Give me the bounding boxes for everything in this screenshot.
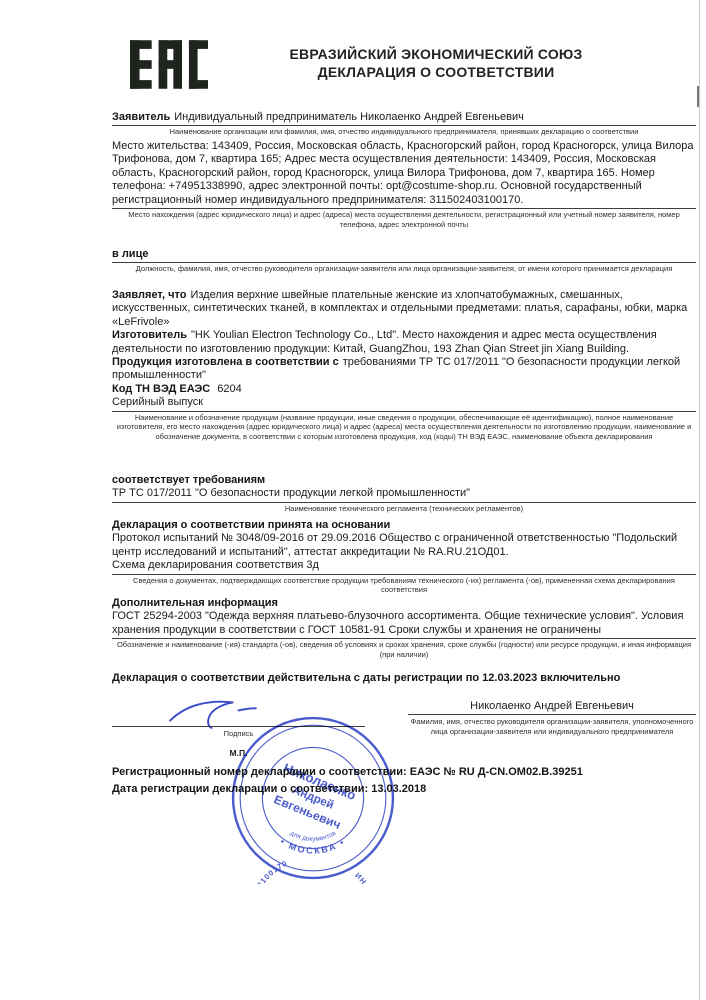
section-complies: соответствует требованиям ТР ТС 017/2011… xyxy=(112,474,696,514)
divider xyxy=(112,638,696,639)
signatory-block: Николаенко Андрей Евгеньевич Фамилия, им… xyxy=(408,700,696,737)
signatory-name: Николаенко Андрей Евгеньевич xyxy=(408,700,696,715)
section-declares: Заявляет, чтоИзделия верхние швейные пла… xyxy=(112,289,696,442)
section-address: Место жительства: 143409, Россия, Москов… xyxy=(112,140,696,230)
section-in-person: в лице Должность, фамилия, имя, отчество… xyxy=(112,248,696,274)
scan-edge-dash xyxy=(697,86,699,107)
svg-text:для документов: для документов xyxy=(289,830,338,843)
complies-value: ТР ТС 017/2011 "О безопасности продукции… xyxy=(112,487,696,500)
declares-caption: Наименование и обозначение продукции (на… xyxy=(112,413,696,442)
registration-block: Регистрационный номер декларации о соотв… xyxy=(112,764,696,799)
union-name: ЕВРАЗИЙСКИЙ ЭКОНОМИЧЕСКИЙ СОЮЗ xyxy=(218,45,654,63)
complies-caption: Наименование технического регламента (те… xyxy=(112,504,696,514)
applicant-value: Индивидуальный предприниматель Николаенк… xyxy=(174,111,524,123)
round-stamp: ИНДИВИДУАЛЬНЫЙ ПРЕДПРИНИМАТЕЛЬ • ОГРНИП … xyxy=(227,712,399,884)
section-additional: Дополнительная информация ГОСТ 25294-200… xyxy=(112,597,696,660)
divider xyxy=(112,502,696,503)
additional-caption: Обозначение и наименование (-ия) стандар… xyxy=(112,640,696,660)
tnved-code-value: 6204 xyxy=(217,383,241,395)
document-type: ДЕКЛАРАЦИЯ О СООТВЕТСТВИИ xyxy=(218,63,654,81)
declares-label: Заявляет, что xyxy=(112,289,186,301)
divider xyxy=(112,208,696,209)
tnved-code-label: Код ТН ВЭД ЕАЭС xyxy=(112,383,210,395)
basis-label: Декларация о соответствии принята на осн… xyxy=(112,519,696,532)
registration-number-value: ЕАЭС № RU Д-CN.ОМ02.В.39251 xyxy=(410,766,583,778)
signatory-caption: Фамилия, имя, отчество руководителя орга… xyxy=(408,717,696,737)
eac-logo-icon xyxy=(130,36,208,93)
address-text: Место жительства: 143409, Россия, Москов… xyxy=(112,140,696,207)
made-label: Продукция изготовлена в соответствии с xyxy=(112,356,339,368)
declares-value: Изделия верхние швейные плательные женск… xyxy=(112,289,687,328)
address-caption: Место нахождения (адрес юридического лиц… xyxy=(112,210,696,230)
applicant-caption: Наименование организации или фамилия, им… xyxy=(112,127,696,137)
stamp-purpose-text: для документов xyxy=(289,830,338,843)
in-person-label: в лице xyxy=(112,248,696,261)
serial-release: Серийный выпуск xyxy=(112,396,696,409)
section-basis: Декларация о соответствии принята на осн… xyxy=(112,519,696,595)
divider xyxy=(112,574,696,575)
basis-scheme: Схема декларирования соответствия 3д xyxy=(112,559,696,572)
manufacturer-value: "HK Youlian Electron Technology Co., Ltd… xyxy=(112,329,657,354)
scan-edge-line xyxy=(699,0,700,1000)
additional-text: ГОСТ 25294-2003 "Одежда верхняя платьево… xyxy=(112,610,696,637)
basis-caption: Сведения о документах, подтверждающих со… xyxy=(112,576,696,596)
basis-protocol: Протокол испытаний № 3048/09-2016 от 29.… xyxy=(112,532,696,559)
divider xyxy=(112,125,696,126)
divider xyxy=(112,411,696,412)
document-title: ЕВРАЗИЙСКИЙ ЭКОНОМИЧЕСКИЙ СОЮЗ ДЕКЛАРАЦИ… xyxy=(218,45,654,81)
manufacturer-label: Изготовитель xyxy=(112,329,187,341)
additional-label: Дополнительная информация xyxy=(112,597,696,610)
validity-statement: Декларация о соответствии действительна … xyxy=(112,672,696,685)
section-applicant: ЗаявительИндивидуальный предприниматель … xyxy=(112,111,696,137)
applicant-label: Заявитель xyxy=(112,111,170,123)
in-person-caption: Должность, фамилия, имя, отчество руково… xyxy=(112,264,696,274)
divider xyxy=(112,262,696,263)
complies-label: соответствует требованиям xyxy=(112,474,696,487)
